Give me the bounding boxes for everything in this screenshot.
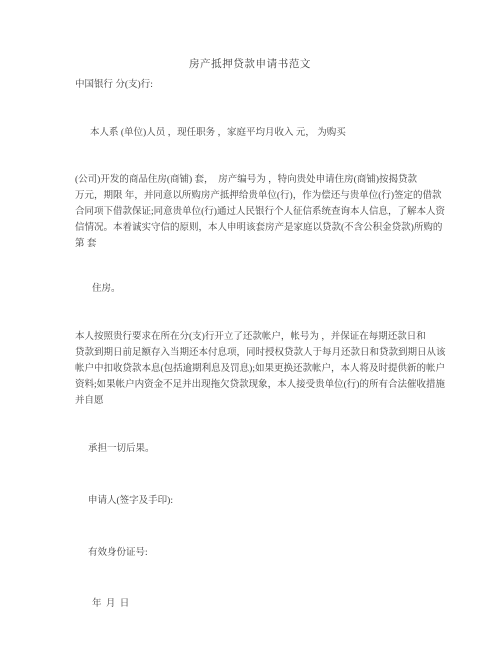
document-line: 资料;如果帐户内资金不足并出现拖欠贷款现象，本人接受贵单位(行)的所有合法催收措… <box>75 377 445 393</box>
date-label: 年 月 日 <box>92 596 130 612</box>
paragraph-applicant-info: 本人系 (单位)人员 ，现任职务 ，家庭平均月收入 元， 为购买 <box>90 125 346 141</box>
document-line: 信情况。本着诚实守信的原则，本人申明该套房产是家庭以贷款(不含公积金贷款)所购的 <box>75 220 445 236</box>
document-line: 并自愿 <box>75 393 445 409</box>
paragraph-loan-request: (公司)开发的商品住房(商铺) 套， 房产编号为 ，特向贵处申请住房(商铺)按揭… <box>75 172 445 252</box>
paragraph-consequences: 承担一切后果。 <box>88 441 155 457</box>
document-line: (公司)开发的商品住房(商铺) 套， 房产编号为 ，特向贵处申请住房(商铺)按揭… <box>75 172 445 188</box>
document-title: 房产抵押贷款申请书范文 <box>0 57 500 73</box>
document-line: 贷款到期日前足额存入当期还本付息项，同时授权贷款人于每月还款日和贷款到期日从该 <box>75 345 445 361</box>
document-line: 本人按照贵行要求在所在分(支)行开立了还款帐户，帐号为 ，并保证在每期还款日和 <box>75 329 445 345</box>
paragraph-housing: 住房。 <box>92 281 121 297</box>
document-line: 合同项下借款保证;同意贵单位(行)通过人民银行个人征信系统查询本人信息，了解本人… <box>75 204 445 220</box>
document-page: 房产抵押贷款申请书范文 中国银行 分(支)行: 本人系 (单位)人员 ，现任职务… <box>0 0 500 658</box>
id-number-label: 有效身份证号: <box>88 545 148 561</box>
signature-label: 申请人(签字及手印): <box>88 493 173 509</box>
document-line: 第 套 <box>75 236 445 252</box>
paragraph-repayment-account: 本人按照贵行要求在所在分(支)行开立了还款帐户，帐号为 ，并保证在每期还款日和贷… <box>75 329 445 409</box>
document-line: 帐户中扣收贷款本息(包括逾期利息及罚息);如果更换还款帐户，本人将及时提供新的帐… <box>75 361 445 377</box>
document-line: 万元，期限 年，并同意以所购房产抵押给贵单位(行)，作为偿还与贵单位(行)签定的… <box>75 188 445 204</box>
salutation-line: 中国银行 分(支)行: <box>75 77 153 93</box>
